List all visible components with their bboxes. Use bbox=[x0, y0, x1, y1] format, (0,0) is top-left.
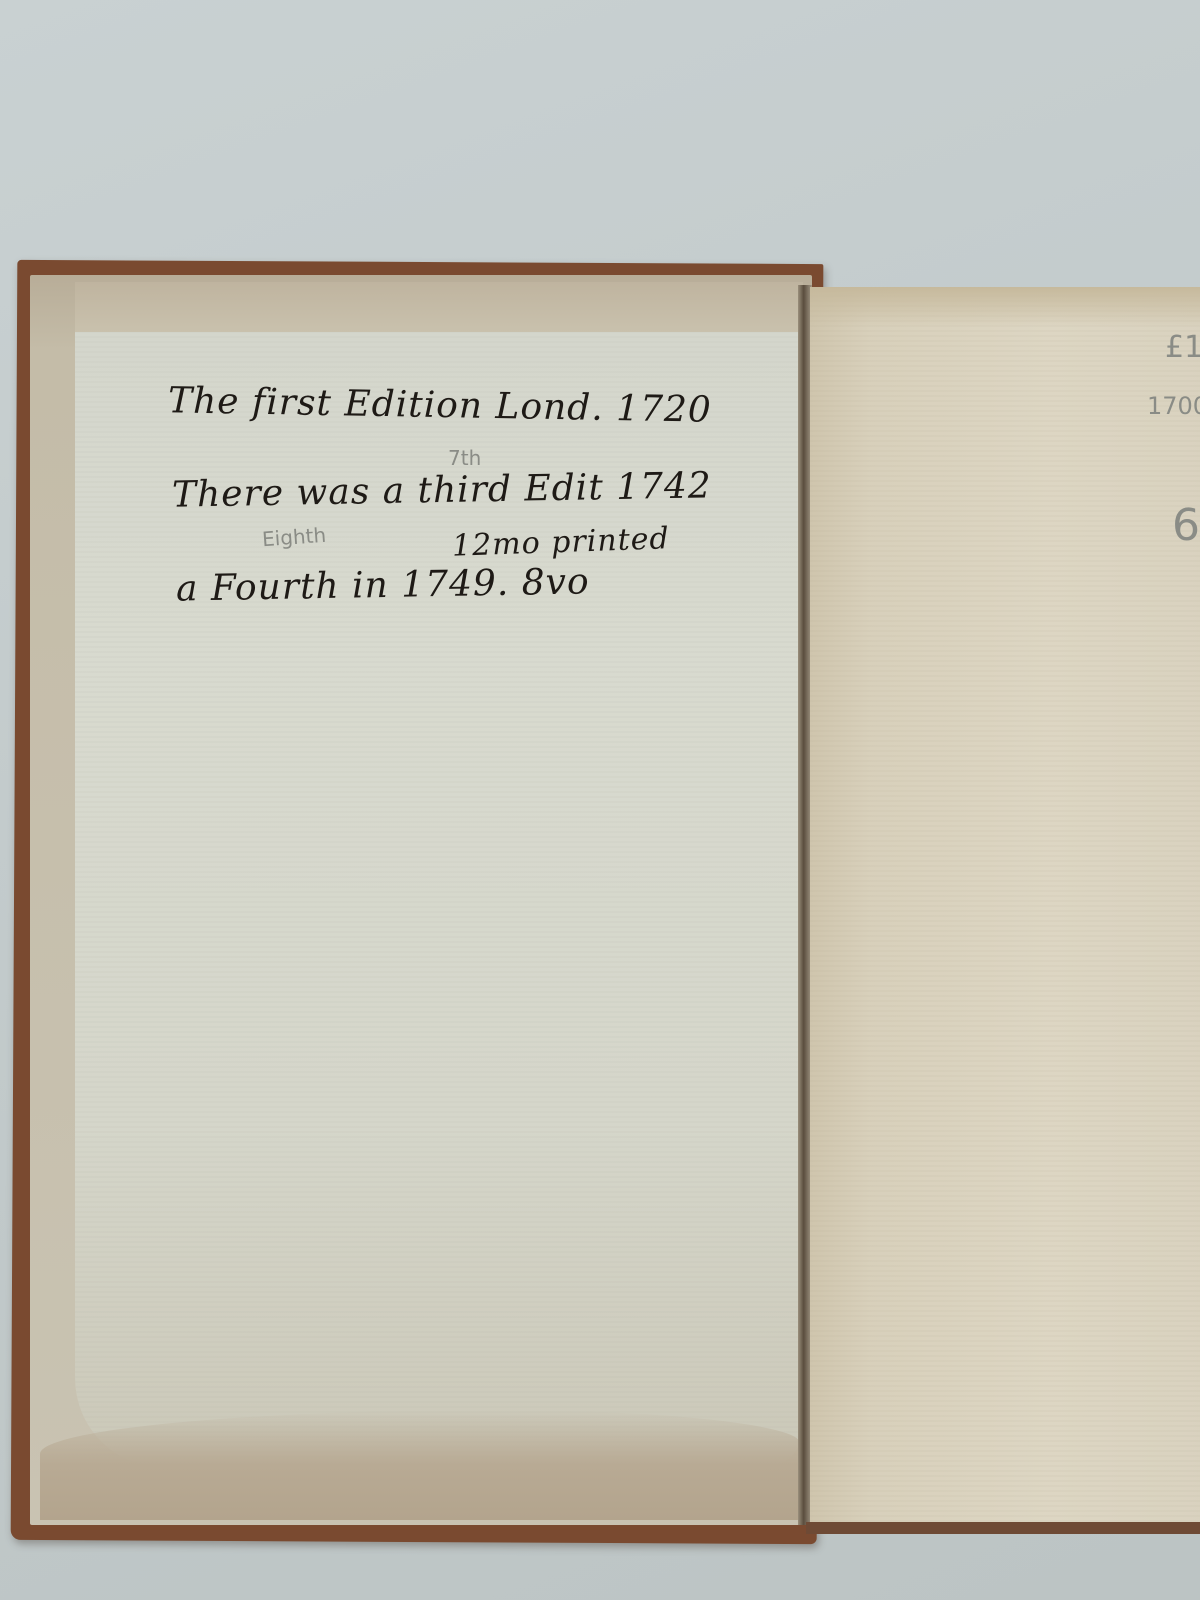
endpaper-bottom-stain bbox=[40, 1410, 800, 1520]
right-pencil-year: 1700 bbox=[1147, 392, 1200, 420]
page-right bbox=[810, 287, 1200, 1527]
board-right-edge bbox=[806, 1522, 1200, 1534]
pencil-annotation-7th: 7th bbox=[448, 446, 481, 470]
pencil-annotation-eighth: Eighth bbox=[261, 523, 327, 551]
inscription-line-4: a Fourth in 1749. 8vo bbox=[176, 561, 590, 609]
endpaper-top-stain bbox=[75, 282, 803, 332]
right-pencil-price: £1 bbox=[1165, 330, 1200, 365]
right-pencil-number: 6 bbox=[1172, 500, 1200, 551]
page-right-top-shade bbox=[810, 287, 1200, 327]
